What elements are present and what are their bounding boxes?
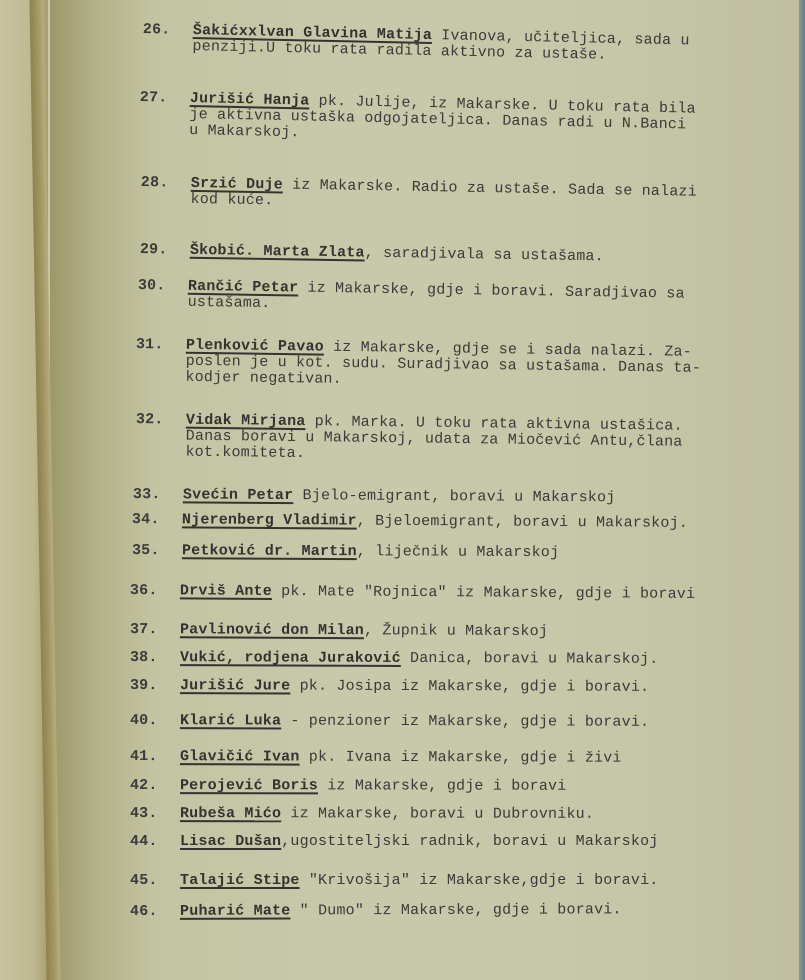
entry-name: Perojević Boris — [180, 777, 318, 794]
entry-text: - penzioner iz Makarske, gdje i boravi. — [281, 713, 649, 731]
entry-number: 27. — [140, 90, 168, 106]
entry-body: Vidak Mirjana pk. Marka. U toku rata akt… — [185, 413, 682, 466]
entry-text: , Bjeloemigrant, boravi u Makarskoj. — [357, 513, 688, 532]
entry-body: Vukić, rodjena Juraković Danica, boravi … — [180, 650, 659, 667]
entry-name: Škobić. Marta Zlata — [190, 242, 365, 262]
entry-name: Glavičić Ivan — [180, 748, 300, 765]
entry-text: , liječnik u Makarskoj — [357, 543, 560, 561]
entry-line: Rubeša Mićo iz Makarske, boravi u Dubrov… — [180, 806, 594, 822]
entry-number: 39. — [130, 678, 158, 693]
entry-number: 31. — [136, 337, 164, 352]
entry-line: Glavičić Ivan pk. Ivana iz Makarske, gdj… — [180, 749, 622, 766]
entry-number: 41. — [130, 749, 158, 764]
entry-text: iz Makarske, boravi u Dubrovniku. — [281, 805, 594, 823]
entry-name: Pavlinović don Milan — [180, 621, 364, 639]
entry-number: 29. — [140, 242, 168, 257]
entry-line: Njerenberg Vladimir, Bjeloemigrant, bora… — [182, 512, 688, 531]
entry-line: Petković dr. Martin, liječnik u Makarsko… — [182, 543, 559, 560]
entry-line: Talajić Stipe "Krivošija" iz Makarske,gd… — [180, 873, 658, 888]
entry-body: Rančić Petar iz Makarske, gdje i boravi.… — [188, 279, 685, 318]
entry-name: Talajić Stipe — [180, 872, 300, 889]
entry-number: 36. — [130, 583, 158, 598]
entry-body: Perojević Boris iz Makarske, gdje i bora… — [180, 778, 567, 794]
entry-name: Puharić Mate — [180, 902, 290, 919]
entry-name: Vukić, rodjena Juraković — [180, 649, 401, 667]
entry-body: Pavlinović don Milan, Župnik u Makarskoj — [180, 622, 548, 639]
entry-name: Njerenberg Vladimir — [182, 511, 357, 529]
entry-body: Svećin Petar Bjelo-emigrant, boravi u Ma… — [183, 487, 616, 505]
entry-text: ,ugostiteljski radnik, boravi u Makarsko… — [281, 833, 658, 850]
entry-body: Njerenberg Vladimir, Bjeloemigrant, bora… — [182, 512, 688, 531]
entry-number: 40. — [130, 713, 158, 728]
entry-number: 44. — [130, 834, 158, 849]
entry-text: Danica, boravi u Makarskoj. — [401, 650, 659, 668]
entry-number: 42. — [130, 778, 158, 793]
entry-line: Vukić, rodjena Juraković Danica, boravi … — [180, 650, 659, 667]
entry-line: Klarić Luka - penzioner iz Makarske, gdj… — [180, 713, 649, 730]
entry-name: Svećin Petar — [183, 486, 294, 504]
entry-line: Drviš Ante pk. Mate "Rojnica" iz Makarsk… — [180, 583, 695, 602]
entry-text: pk. Ivana iz Makarske, gdje i živi — [300, 749, 622, 767]
entry-text: "Krivošija" iz Makarske,gdje i boravi. — [300, 872, 659, 889]
entry-number: 43. — [130, 806, 158, 821]
entry-line: Lisac Dušan,ugostiteljski radnik, boravi… — [180, 834, 658, 849]
entry-line: Puharić Mate " Dumo" iz Makarske, gdje i… — [180, 902, 622, 919]
entry-number: 28. — [141, 175, 169, 190]
entry-text: pk. Josipa iz Makarske, gdje i boravi. — [290, 678, 649, 696]
entry-name: Drviš Ante — [180, 582, 272, 600]
entry-body: Lisac Dušan,ugostiteljski radnik, boravi… — [180, 834, 658, 849]
entry-line: Pavlinović don Milan, Župnik u Makarskoj — [180, 622, 548, 639]
entry-number: 37. — [130, 622, 158, 637]
entry-body: Klarić Luka - penzioner iz Makarske, gdj… — [180, 713, 649, 730]
entry-number: 45. — [130, 873, 158, 888]
entry-number: 26. — [143, 22, 171, 38]
entry-body: Puharić Mate " Dumo" iz Makarske, gdje i… — [180, 902, 622, 919]
entry-number: 30. — [138, 278, 166, 293]
entry-body: Jurišić Hanja pk. Julije, iz Makarske. U… — [189, 91, 696, 149]
entry-number: 34. — [132, 512, 160, 527]
entry-body: Drviš Ante pk. Mate "Rojnica" iz Makarsk… — [180, 583, 695, 602]
entry-number: 32. — [136, 412, 164, 427]
entry-text: pk. Mate "Rojnica" iz Makarske, gdje i b… — [272, 583, 695, 603]
entry-line: Perojević Boris iz Makarske, gdje i bora… — [180, 778, 567, 794]
entry-name: Petković dr. Martin — [182, 542, 357, 560]
entry-body: Rubeša Mićo iz Makarske, boravi u Dubrov… — [180, 806, 594, 822]
entry-body: Talajić Stipe "Krivošija" iz Makarske,gd… — [180, 873, 658, 888]
entry-name: Klarić Luka — [180, 712, 281, 729]
entry-body: Plenković Pavao iz Makarske, gdje se i s… — [185, 338, 701, 392]
entry-line: Jurišić Jure pk. Josipa iz Makarske, gdj… — [180, 678, 649, 695]
entry-body: Glavičić Ivan pk. Ivana iz Makarske, gdj… — [180, 749, 622, 766]
entry-name: Lisac Dušan — [180, 833, 281, 850]
entry-body: Jurišić Jure pk. Josipa iz Makarske, gdj… — [180, 678, 649, 695]
entry-text: , Župnik u Makarskoj — [364, 622, 548, 640]
entry-body: Petković dr. Martin, liječnik u Makarsko… — [182, 543, 559, 560]
entry-name: Rubeša Mićo — [180, 805, 281, 822]
background-edge — [799, 0, 805, 980]
entry-text: iz Makarske, gdje i boravi — [318, 777, 566, 794]
entry-text: Bjelo-emigrant, boravi u Makarskoj — [293, 487, 615, 506]
entry-text: " Dumo" iz Makarske, gdje i boravi. — [290, 901, 621, 919]
entry-name: Jurišić Jure — [180, 677, 290, 694]
entry-number: 38. — [130, 650, 158, 665]
entry-number: 46. — [130, 904, 158, 919]
entry-line: Svećin Petar Bjelo-emigrant, boravi u Ma… — [183, 487, 616, 505]
entry-number: 35. — [132, 543, 160, 558]
entry-number: 33. — [133, 487, 161, 502]
